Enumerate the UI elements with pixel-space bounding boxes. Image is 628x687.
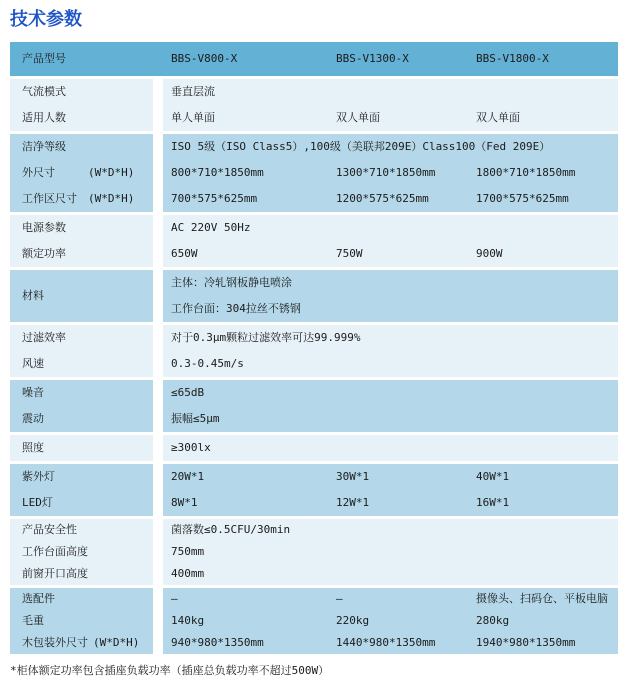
row-label-note: (W*D*H): [93, 636, 139, 649]
group-label-col: 选配件毛重木包装外尺寸(W*D*H): [10, 588, 153, 654]
row-value-span: ≥300lx: [163, 435, 618, 461]
group-value-col: 主体：冷轧钢板静电喷涂工作台面：304拉丝不锈钢: [163, 270, 618, 322]
row-label: 外尺寸(W*D*H): [10, 160, 153, 186]
row-label-text: 选配件: [22, 592, 55, 605]
column-gutter: [153, 380, 163, 432]
row-label-text: 适用人数: [22, 111, 66, 124]
row-value-cell: 900W: [468, 241, 618, 267]
row-value-cell: 8W*1: [163, 490, 328, 516]
row-label-text: 洁净等级: [22, 140, 66, 153]
row-label-note: (W*D*H): [88, 186, 134, 212]
row-label-note: (W*D*H): [88, 160, 134, 186]
row-value-span: AC 220V 50Hz: [163, 215, 618, 241]
row-label: 工作区尺寸(W*D*H): [10, 186, 153, 212]
row-value-cell: 12W*1: [328, 490, 468, 516]
row-label-text: 紫外灯: [22, 470, 55, 483]
spec-group: 洁净等级外尺寸(W*D*H)工作区尺寸(W*D*H)ISO 5级（ISO Cla…: [10, 134, 618, 212]
row-value-cell: 940*980*1350mm: [163, 632, 328, 654]
row-value-cell: 700*575*625mm: [163, 186, 328, 212]
row-label-text: 照度: [22, 441, 44, 454]
row-values: 650W750W900W: [163, 241, 618, 267]
column-gutter: [153, 325, 163, 377]
group-label-col: 电源参数额定功率: [10, 215, 153, 267]
spec-group: 照度≥300lx: [10, 435, 618, 461]
column-gutter: [153, 464, 163, 516]
group-label-col: 噪音震动: [10, 380, 153, 432]
group-label-col: 材料: [10, 270, 153, 322]
row-label: 气流模式: [10, 79, 153, 105]
column-gutter: [153, 42, 163, 76]
row-value-cell: 双人单面: [328, 105, 468, 131]
row-values: 940*980*1350mm1440*980*1350mm1940*980*13…: [163, 632, 618, 654]
row-label-text: 噪音: [22, 386, 44, 399]
row-value-cell: 1700*575*625mm: [468, 186, 618, 212]
row-value-cell: –: [328, 588, 468, 610]
row-value-span: 振幅≤5μm: [163, 406, 618, 432]
row-label: LED灯: [10, 490, 153, 516]
spec-group: 产品安全性工作台面高度前窗开口高度菌落数≤0.5CFU/30min750mm40…: [10, 519, 618, 585]
row-label: 适用人数: [10, 105, 153, 131]
row-label-text: 产品安全性: [22, 523, 77, 536]
page-title: 技术参数: [10, 8, 618, 30]
row-value-cell: 220kg: [328, 610, 468, 632]
row-label: 震动: [10, 406, 153, 432]
row-value-cell: 1800*710*1850mm: [468, 160, 618, 186]
row-value-cell: 摄像头、扫码仓、平板电脑: [468, 588, 618, 610]
row-label: 电源参数: [10, 215, 153, 241]
group-value-col: ≥300lx: [163, 435, 618, 461]
group-value-col: 菌落数≤0.5CFU/30min750mm400mm: [163, 519, 618, 585]
spec-groups: 气流模式适用人数垂直层流单人单面双人单面双人单面洁净等级外尺寸(W*D*H)工作…: [10, 79, 618, 654]
row-label: 额定功率: [10, 241, 153, 267]
row-label-text: 材料: [22, 289, 44, 302]
column-gutter: [153, 519, 163, 585]
header-value-col: BBS-V800-X BBS-V1300-X BBS-V1800-X: [163, 42, 618, 76]
row-value-span: 菌落数≤0.5CFU/30min: [163, 519, 618, 541]
row-value-span: 400mm: [163, 563, 618, 585]
group-value-col: 垂直层流单人单面双人单面双人单面: [163, 79, 618, 131]
model-name: BBS-V1800-X: [468, 42, 618, 76]
row-label-text: 震动: [22, 412, 44, 425]
column-gutter: [153, 435, 163, 461]
group-label-col: 照度: [10, 435, 153, 461]
row-value-cell: 280kg: [468, 610, 618, 632]
row-value-cell: 单人单面: [163, 105, 328, 131]
row-value-cell: 1300*710*1850mm: [328, 160, 468, 186]
row-label-text: 工作台面高度: [22, 545, 88, 558]
row-value-span: 垂直层流: [163, 79, 618, 105]
row-label-text: 气流模式: [22, 85, 66, 98]
row-label: 紫外灯: [10, 464, 153, 490]
spec-group: 电源参数额定功率AC 220V 50Hz650W750W900W: [10, 215, 618, 267]
row-label: 噪音: [10, 380, 153, 406]
group-value-col: 20W*130W*140W*18W*112W*116W*1: [163, 464, 618, 516]
row-label-text: LED灯: [22, 496, 53, 509]
row-label: 木包装外尺寸(W*D*H): [10, 632, 153, 654]
spec-table: 产品型号 BBS-V800-X BBS-V1300-X BBS-V1800-X …: [10, 42, 618, 654]
row-value-cell: –: [163, 588, 328, 610]
row-label-text: 额定功率: [22, 247, 66, 260]
row-value-span: 750mm: [163, 541, 618, 563]
group-label-col: 气流模式适用人数: [10, 79, 153, 131]
group-value-col: ISO 5级（ISO Class5）,100级（美联邦209E）Class100…: [163, 134, 618, 212]
row-value-span: ISO 5级（ISO Class5）,100级（美联邦209E）Class100…: [163, 134, 618, 160]
row-value-cell: 16W*1: [468, 490, 618, 516]
row-label: 照度: [10, 435, 153, 461]
row-label: 产品安全性: [10, 519, 153, 541]
row-value-cell: 30W*1: [328, 464, 468, 490]
row-value-cell: 1940*980*1350mm: [468, 632, 618, 654]
spec-group: 紫外灯LED灯20W*130W*140W*18W*112W*116W*1: [10, 464, 618, 516]
row-value-cell: 1200*575*625mm: [328, 186, 468, 212]
row-label-text: 毛重: [22, 614, 44, 627]
column-gutter: [153, 215, 163, 267]
spec-sheet: 技术参数 产品型号 BBS-V800-X BBS-V1300-X BBS-V18…: [0, 0, 628, 678]
row-value-cell: 1440*980*1350mm: [328, 632, 468, 654]
row-value-cell: 40W*1: [468, 464, 618, 490]
row-label-text: 电源参数: [22, 221, 66, 234]
row-label-text: 外尺寸: [22, 166, 55, 179]
row-label: 材料: [10, 283, 153, 309]
row-value-cell: 650W: [163, 241, 328, 267]
model-name: BBS-V1300-X: [328, 42, 468, 76]
row-value-span: 0.3-0.45m/s: [163, 351, 618, 377]
row-values: 单人单面双人单面双人单面: [163, 105, 618, 131]
row-values: 800*710*1850mm1300*710*1850mm1800*710*18…: [163, 160, 618, 186]
row-value-cell: 750W: [328, 241, 468, 267]
column-gutter: [153, 134, 163, 212]
spec-group: 气流模式适用人数垂直层流单人单面双人单面双人单面: [10, 79, 618, 131]
row-values: 20W*130W*140W*1: [163, 464, 618, 490]
row-label: 风速: [10, 351, 153, 377]
column-gutter: [153, 588, 163, 654]
model-row: BBS-V800-X BBS-V1300-X BBS-V1800-X: [163, 42, 618, 76]
row-value-span: 工作台面：304拉丝不锈钢: [163, 296, 618, 322]
group-value-col: ≤65dB振幅≤5μm: [163, 380, 618, 432]
column-gutter: [153, 270, 163, 322]
row-value-cell: 双人单面: [468, 105, 618, 131]
row-value-span: 对于0.3μm颗粒过滤效率可达99.999%: [163, 325, 618, 351]
spec-group: 噪音震动≤65dB振幅≤5μm: [10, 380, 618, 432]
row-values: ––摄像头、扫码仓、平板电脑: [163, 588, 618, 610]
row-values: 140kg220kg280kg: [163, 610, 618, 632]
row-label-text: 工作区尺寸: [22, 192, 77, 205]
spec-group: 过滤效率风速对于0.3μm颗粒过滤效率可达99.999%0.3-0.45m/s: [10, 325, 618, 377]
column-gutter: [153, 79, 163, 131]
group-label-col: 过滤效率风速: [10, 325, 153, 377]
group-value-col: ––摄像头、扫码仓、平板电脑140kg220kg280kg940*980*135…: [163, 588, 618, 654]
row-label: 选配件: [10, 588, 153, 610]
group-value-col: AC 220V 50Hz650W750W900W: [163, 215, 618, 267]
header-label: 产品型号: [10, 42, 153, 76]
row-value-span: 主体：冷轧钢板静电喷涂: [163, 270, 618, 296]
group-label-col: 产品安全性工作台面高度前窗开口高度: [10, 519, 153, 585]
row-label-text: 风速: [22, 357, 44, 370]
row-value-cell: 800*710*1850mm: [163, 160, 328, 186]
row-values: 700*575*625mm1200*575*625mm1700*575*625m…: [163, 186, 618, 212]
spec-group: 选配件毛重木包装外尺寸(W*D*H)––摄像头、扫码仓、平板电脑140kg220…: [10, 588, 618, 654]
row-label: 毛重: [10, 610, 153, 632]
row-label: 前窗开口高度: [10, 563, 153, 585]
row-label-text: 前窗开口高度: [22, 567, 88, 580]
row-values: 8W*112W*116W*1: [163, 490, 618, 516]
group-label-col: 紫外灯LED灯: [10, 464, 153, 516]
group-value-col: 对于0.3μm颗粒过滤效率可达99.999%0.3-0.45m/s: [163, 325, 618, 377]
row-value-cell: 20W*1: [163, 464, 328, 490]
row-label: 过滤效率: [10, 325, 153, 351]
table-header-row: 产品型号 BBS-V800-X BBS-V1300-X BBS-V1800-X: [10, 42, 618, 76]
model-name: BBS-V800-X: [163, 42, 328, 76]
row-label-text: 过滤效率: [22, 331, 66, 344]
row-value-cell: 140kg: [163, 610, 328, 632]
spec-group: 材料主体：冷轧钢板静电喷涂工作台面：304拉丝不锈钢: [10, 270, 618, 322]
row-label-text: 木包装外尺寸: [22, 636, 88, 649]
footnote: *柜体额定功率包含插座负载功率（插座总负载功率不超过500W）: [10, 664, 618, 678]
group-label-col: 洁净等级外尺寸(W*D*H)工作区尺寸(W*D*H): [10, 134, 153, 212]
row-label: 工作台面高度: [10, 541, 153, 563]
row-label: 洁净等级: [10, 134, 153, 160]
row-value-span: ≤65dB: [163, 380, 618, 406]
header-label-col: 产品型号: [10, 42, 153, 76]
